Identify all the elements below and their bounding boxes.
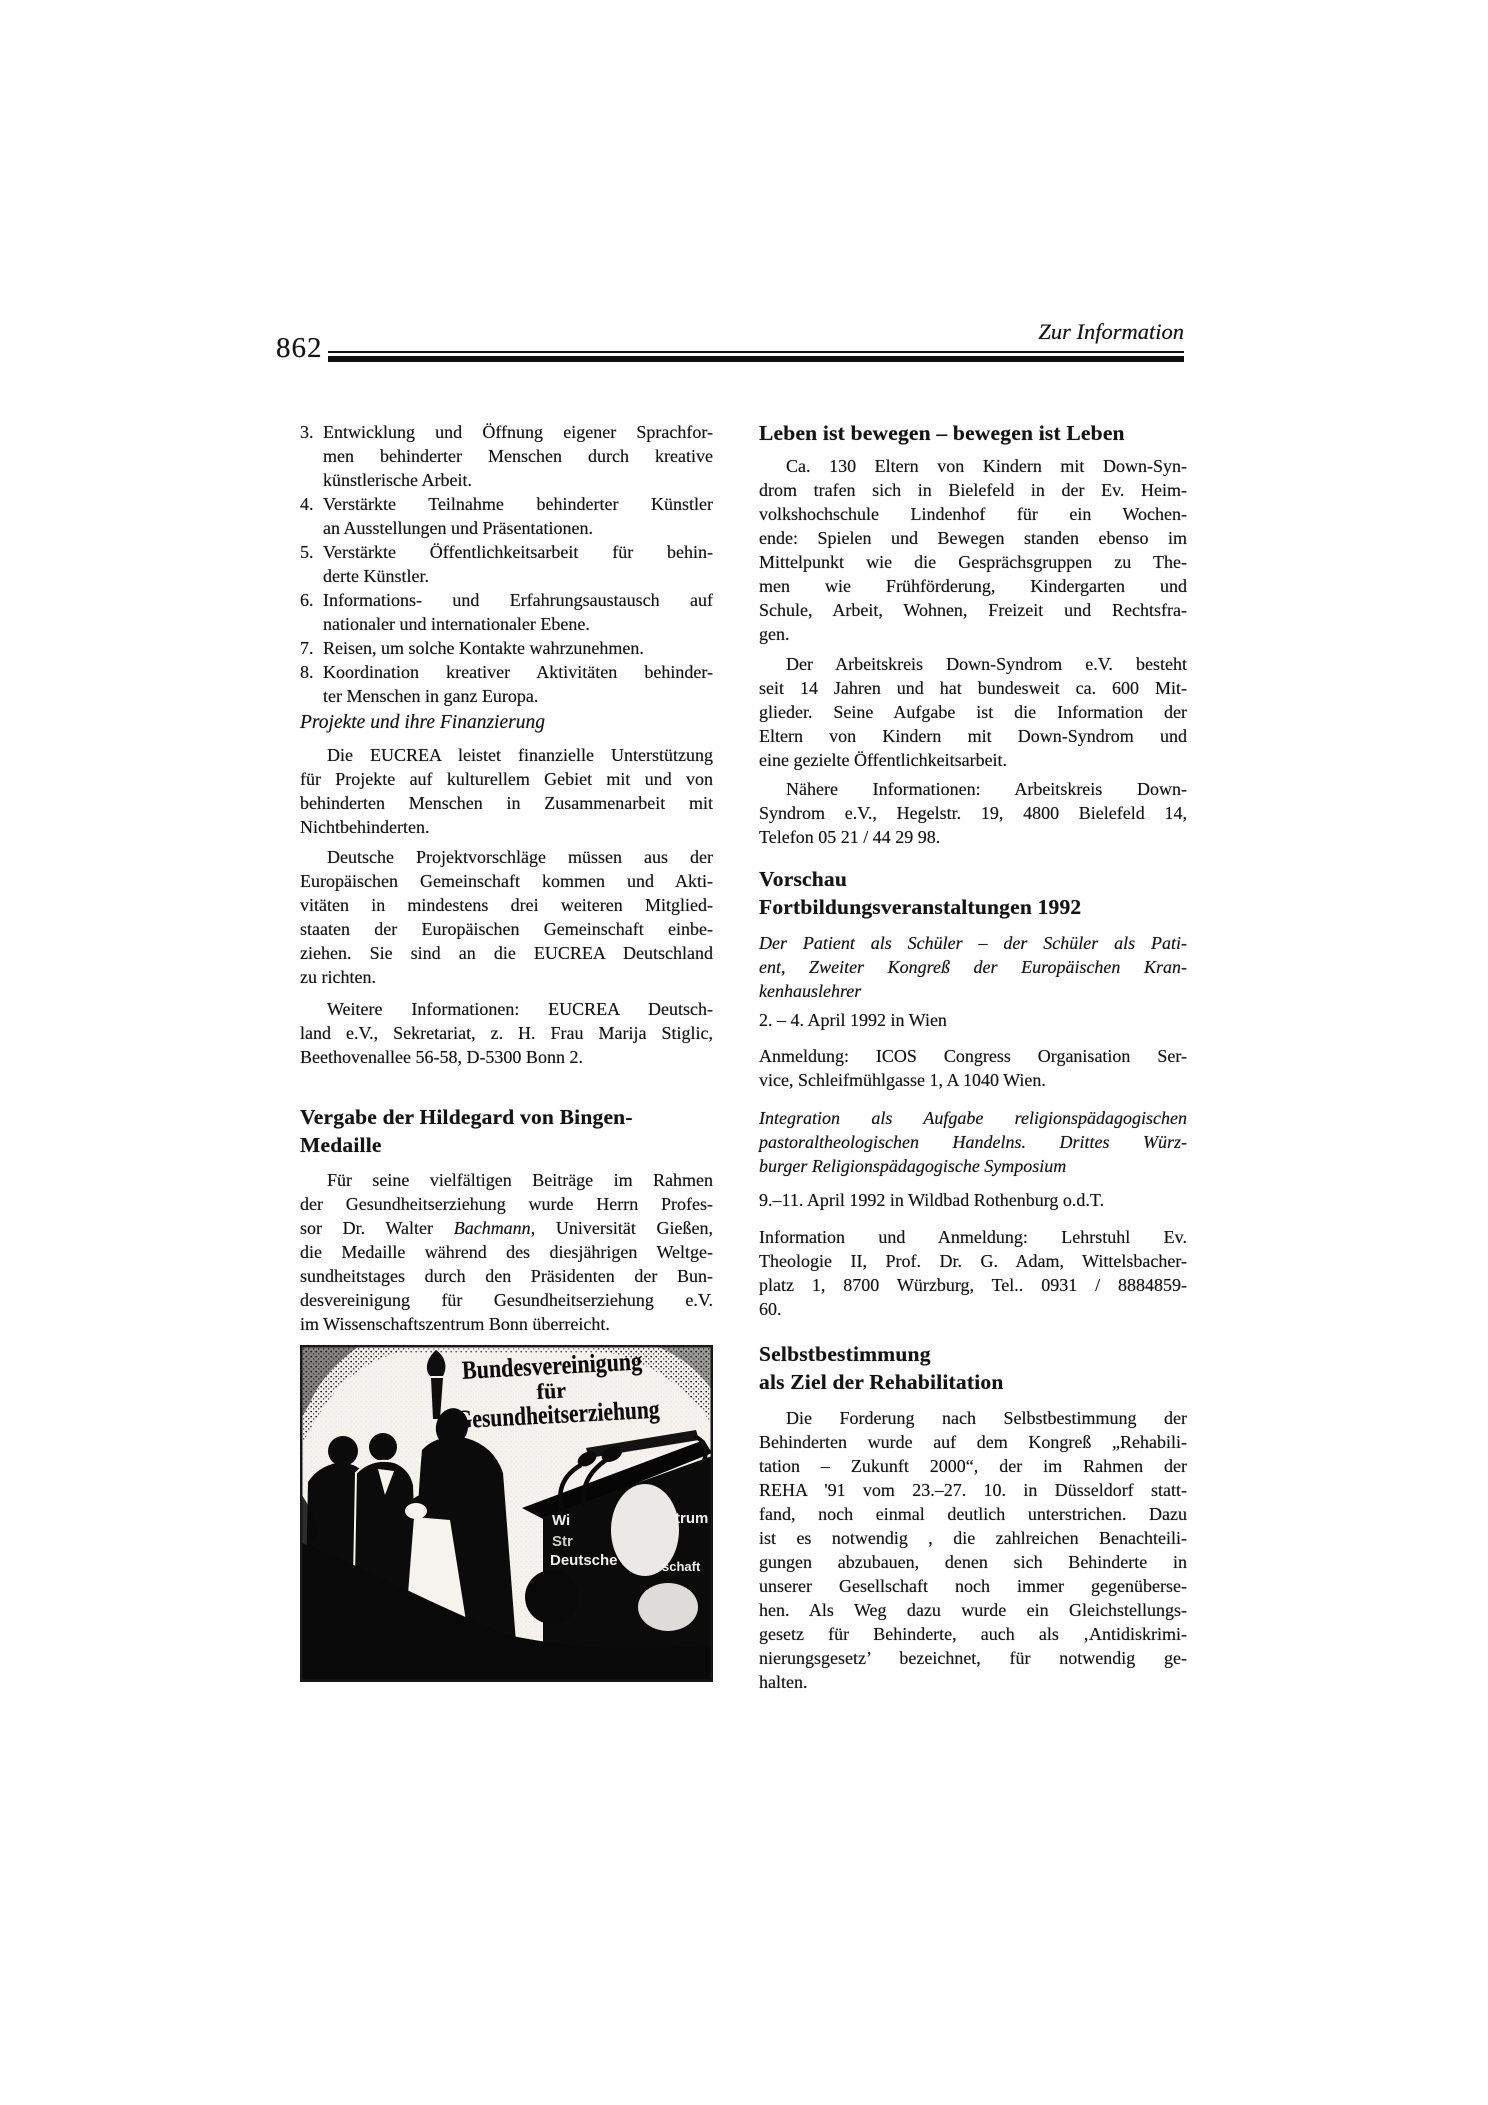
list-item: 8.Koordination kreativer Aktivitäten beh… [300,660,713,708]
text-line: 9.–11. April 1992 in Wildbad Rothenburg … [759,1188,1187,1212]
text-line: eine gezielte Öffentlichkeitsarbeit. [759,748,1187,772]
paragraph-rehabilitation: Die Forderung nach Selbstbestimmung derB… [759,1406,1187,1694]
text-line: die Medaille während des diesjährigen We… [300,1240,713,1264]
text-line: nationaler und internationaler Ebene. [323,612,713,636]
list-item-number: 3. [300,420,314,444]
text-line: gen. [759,622,1187,646]
text-line: tation – Zukunft 2000“, der im Rahmen de… [759,1454,1187,1478]
list-item: 5.Verstärkte Öffentlichkeitsarbeit für b… [300,540,713,588]
text-line: seit 14 Jahren und hat bundesweit ca. 60… [759,676,1187,700]
text-line: an Ausstellungen und Präsentationen. [323,516,713,540]
text-line: 2. – 4. April 1992 in Wien [759,1008,1187,1032]
text-line: unserer Gesellschaft noch immer gegenübe… [759,1574,1187,1598]
list-item: 6.Informations- und Erfahrungsaustausch … [300,588,713,636]
text-line: Die EUCREA leistet finanzielle Unterstüt… [300,743,713,767]
text-line: zu richten. [300,965,713,989]
text-line: halten. [759,1670,1187,1694]
text-line: men wie Frühförderung, Kindergarten und [759,574,1187,598]
text-line: derte Künstler. [323,564,713,588]
text-line: Telefon 05 21 / 44 29 98. [759,825,1187,849]
text-line: pastoraltheologischen Handelns. Drittes … [759,1130,1187,1154]
heading-vorschau: VorschauFortbildungsveranstaltungen 1992 [759,866,1187,921]
award-ceremony-photo: Bundesvereinigung für Gesundheitserziehu… [300,1345,713,1682]
numbered-list: 3.Entwicklung und Öffnung eigener Sprach… [300,420,713,708]
text-line: Selbstbestimmung [759,1341,1187,1369]
heading-leben-bewegen: Leben ist bewegen – bewegen ist Leben [759,420,1187,448]
text-line: Informations- und Erfahrungsaustausch au… [323,588,713,612]
magazine-page: 862 Zur Information 3.Entwicklung und Öf… [0,0,1488,2105]
text-line: Vorschau [759,866,1187,894]
event-anmeldung-wuerzburg: Information und Anmeldung: Lehrstuhl Ev.… [759,1225,1187,1321]
text-line: Die Forderung nach Selbstbestimmung der [759,1406,1187,1430]
text-line: glieder. Seine Aufgabe ist die Informati… [759,700,1187,724]
podium-label-fragment: Wi [552,1512,570,1529]
text-line: Vergabe der Hildegard von Bingen- [300,1104,713,1132]
text-line: kenhauslehrer [759,979,1187,1003]
text-line: Für seine vielfältigen Beiträge im Rahme… [300,1168,713,1192]
text-line: 60. [759,1297,1187,1321]
text-line: Schule, Arbeit, Wohnen, Freizeit und Rec… [759,598,1187,622]
text-line: Leben ist bewegen – bewegen ist Leben [759,420,1187,448]
list-item: 4.Verstärkte Teilnahme behinderter Künst… [300,492,713,540]
event-anmeldung-wien: Anmeldung: ICOS Congress Organisation Se… [759,1044,1187,1092]
podium-label-fragment: Str [552,1533,573,1550]
subheading-projekte-finanzierung: Projekte und ihre Finanzierung [300,711,713,735]
left-column: 3.Entwicklung und Öffnung eigener Sprach… [300,0,713,2105]
text-line: Syndrom e.V., Hegelstr. 19, 4800 Bielefe… [759,801,1187,825]
text-line: Ca. 130 Eltern von Kindern mit Down-Syn- [759,454,1187,478]
text-line: Verstärkte Öffentlichkeitsarbeit für beh… [323,540,713,564]
text-line: ent, Zweiter Kongreß der Europäischen Kr… [759,955,1187,979]
list-item-number: 8. [300,660,314,684]
heading-vergabe-medaille: Vergabe der Hildegard von Bingen-Medaill… [300,1104,713,1159]
text-line: Mittelpunkt wie die Gesprächsgruppen zu … [759,550,1187,574]
paragraph-eucrea-2: Deutsche Projektvorschläge müssen aus de… [300,845,713,989]
text-line: REHA '91 vom 23.–27. 10. in Düsseldorf s… [759,1478,1187,1502]
text-line: Fortbildungsveranstaltungen 1992 [759,894,1187,922]
text-line: Koordination kreativer Aktivitäten behin… [323,660,713,684]
text-line: Projekte und ihre Finanzierung [300,711,713,735]
photo-svg: Bundesvereinigung für Gesundheitserziehu… [300,1345,713,1682]
podium-label-fragment: Deutsche [550,1552,618,1569]
text-line: im Wissenschaftszentrum Bonn überreicht. [300,1312,713,1336]
event-title-integration: Integration als Aufgabe religionspädagog… [759,1106,1187,1178]
list-item-number: 7. [300,636,314,660]
text-line: Medaille [300,1132,713,1160]
text-line: ziehen. Sie sind an die EUCREA Deutschla… [300,941,713,965]
text-line: vitäten in mindestens drei weiteren Mitg… [300,893,713,917]
podium-glare [611,1484,679,1576]
event-title-patient-schueler: Der Patient als Schüler – der Schüler al… [759,931,1187,1003]
text-line: Behinderten wurde auf dem Kongreß „Rehab… [759,1430,1187,1454]
text-line: ist es notwendig , die zahlreichen Benac… [759,1526,1187,1550]
text-line: Der Patient als Schüler – der Schüler al… [759,931,1187,955]
text-line: sundheitstages durch den Präsidenten der… [300,1264,713,1288]
text-line: gungen abzubauen, denen sich Behinderte … [759,1550,1187,1574]
text-line: staaten der Europäischen Gemeinschaft ei… [300,917,713,941]
event-date-wien: 2. – 4. April 1992 in Wien [759,1008,1187,1032]
podium-glare-lower [638,1583,698,1631]
text-line: Deutsche Projektvorschläge müssen aus de… [300,845,713,869]
text-line: Nähere Informationen: Arbeitskreis Down- [759,777,1187,801]
text-line: Der Arbeitskreis Down-Syndrom e.V. beste… [759,652,1187,676]
list-item: 7.Reisen, um solche Kontakte wahrzunehme… [300,636,713,660]
text-line: volkshochschule Lindenhof für ein Wochen… [759,502,1187,526]
text-line: vice, Schleifmühlgasse 1, A 1040 Wien. [759,1068,1187,1092]
heading-selbstbestimmung: Selbstbestimmungals Ziel der Rehabilitat… [759,1341,1187,1396]
text-line: künstlerische Arbeit. [323,468,713,492]
text-line: Weitere Informationen: EUCREA Deutsch- [300,997,713,1021]
text-line: Information und Anmeldung: Lehrstuhl Ev. [759,1225,1187,1249]
event-date-rothenburg: 9.–11. April 1992 in Wildbad Rothenburg … [759,1188,1187,1212]
text-line: sor Dr. Walter Bachmann, Universität Gie… [300,1216,713,1240]
text-line: burger Religionspädagogische Symposium [759,1154,1187,1178]
text-line: nierungsgesetz’ bezeichnet, für notwendi… [759,1646,1187,1670]
text-line: Europäischen Gemeinschaft kommen und Akt… [300,869,713,893]
text-line: gesetz für Behinderte, auch als ‚Antidis… [759,1622,1187,1646]
text-line: behinderten Menschen in Zusammenarbeit m… [300,791,713,815]
list-item-number: 6. [300,588,314,612]
text-line: Integration als Aufgabe religionspädagog… [759,1106,1187,1130]
paragraph-down-syndrom-kontakt: Nähere Informationen: Arbeitskreis Down-… [759,777,1187,849]
text-line: Eltern von Kindern mit Down-Syndrom und [759,724,1187,748]
text-line: Beethovenallee 56-58, D-5300 Bonn 2. [300,1045,713,1069]
text-line: als Ziel der Rehabilitation [759,1369,1187,1397]
text-line: Entwicklung und Öffnung eigener Sprachfo… [323,420,713,444]
paragraph-eucrea-1: Die EUCREA leistet finanzielle Unterstüt… [300,743,713,839]
paragraph-eucrea-kontakt: Weitere Informationen: EUCREA Deutsch-la… [300,997,713,1069]
list-item-number: 5. [300,540,314,564]
text-line: land e.V., Sekretariat, z. H. Frau Marij… [300,1021,713,1045]
text-line: der Gesundheitserziehung wurde Herrn Pro… [300,1192,713,1216]
text-line: hen. Als Weg dazu wurde ein Gleichstellu… [759,1598,1187,1622]
text-line: Anmeldung: ICOS Congress Organisation Se… [759,1044,1187,1068]
text-line: men behinderter Menschen durch kreative [323,444,713,468]
text-line: desvereinigung für Gesundheitserziehung … [300,1288,713,1312]
text-line: ter Menschen in ganz Europa. [323,684,713,708]
text-line: für Projekte auf kulturellem Gebiet mit … [300,767,713,791]
paragraph-down-syndrom-2: Der Arbeitskreis Down-Syndrom e.V. beste… [759,652,1187,772]
list-item: 3.Entwicklung und Öffnung eigener Sprach… [300,420,713,492]
paragraph-down-syndrom-1: Ca. 130 Eltern von Kindern mit Down-Syn-… [759,454,1187,646]
text-line: Theologie II, Prof. Dr. G. Adam, Wittels… [759,1249,1187,1273]
text-line: Verstärkte Teilnahme behinderter Künstle… [323,492,713,516]
paragraph-medaille: Für seine vielfältigen Beiträge im Rahme… [300,1168,713,1336]
text-line: drom trafen sich in Bielefeld in der Ev.… [759,478,1187,502]
text-line: platz 1, 8700 Würzburg, Tel.. 0931 / 888… [759,1273,1187,1297]
text-line: Reisen, um solche Kontakte wahrzunehmen. [323,636,713,660]
text-line: fand, noch einmal deutlich unterstrichen… [759,1502,1187,1526]
right-column: Leben ist bewegen – bewegen ist LebenCa.… [759,0,1187,2105]
text-line: ende: Spielen und Bewegen standen ebenso… [759,526,1187,550]
podium-label-fragment: trum [675,1510,708,1527]
text-line: Nichtbehinderten. [300,815,713,839]
list-item-number: 4. [300,492,314,516]
